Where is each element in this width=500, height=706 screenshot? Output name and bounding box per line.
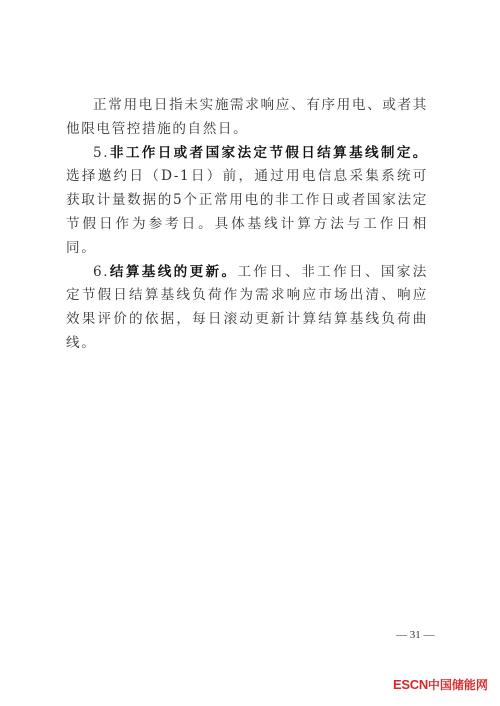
- paragraph-non-workday-baseline: 5.非工作日或者国家法定节假日结算基线制定。选择邀约日（D-1日）前，通过用电信…: [66, 142, 428, 261]
- logo-latin: ESCN: [393, 677, 428, 692]
- paragraph-baseline-update: 6.结算基线的更新。工作日、非工作日、国家法定节假日结算基线负荷作为需求响应市场…: [66, 261, 428, 356]
- page-number: — 31 —: [396, 629, 435, 641]
- paragraph-number: 6.: [93, 264, 109, 280]
- document-body: 正常用电日指未实施需求响应、有序用电、或者其他限电管控措施的自然日。 5.非工作…: [66, 94, 428, 356]
- paragraph-number: 5.: [93, 145, 109, 161]
- paragraph-text: 正常用电日指未实施需求响应、有序用电、或者其他限电管控措施的自然日。: [66, 97, 428, 137]
- paragraph-heading: 非工作日或者国家法定节假日结算基线制定。: [109, 145, 428, 161]
- escn-logo: ESCN中国储能网: [393, 676, 488, 693]
- logo-chinese: 中国储能网: [428, 678, 488, 692]
- paragraph-normal-day-definition: 正常用电日指未实施需求响应、有序用电、或者其他限电管控措施的自然日。: [66, 94, 428, 142]
- paragraph-heading: 结算基线的更新。: [109, 264, 237, 280]
- paragraph-text: 选择邀约日（D-1日）前，通过用电信息采集系统可获取计量数据的5个正常用电的非工…: [66, 168, 428, 255]
